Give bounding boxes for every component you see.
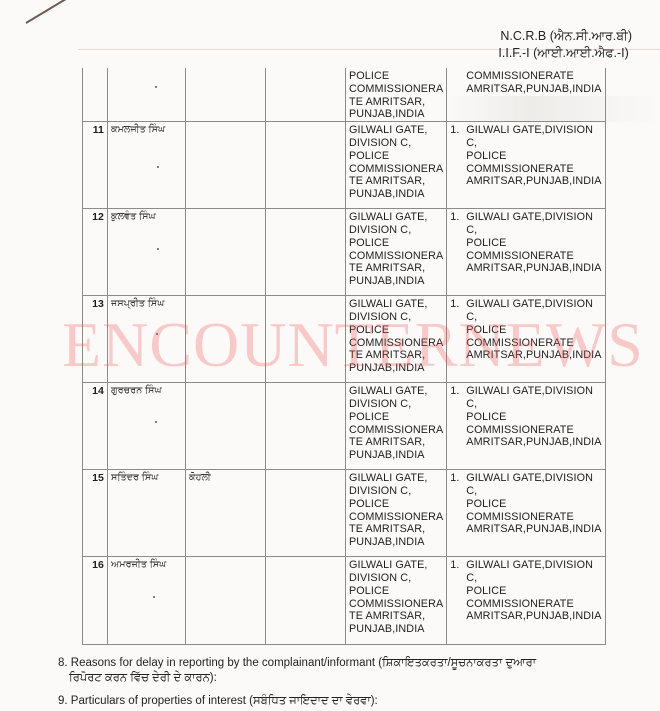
iif-label: I.I.F.-I (ਆਈ.ਆਈ.ਐਫ.-I) [498, 45, 632, 62]
address-line: PUNJAB,INDIA [349, 449, 443, 462]
address-line: POLICE [466, 585, 602, 598]
table-row: 11ਕਮਲਜੀਤ ਸਿੰਘGILWALI GATE,DIVISION C,POL… [83, 122, 606, 209]
address-line: POLICE [466, 324, 602, 337]
present-address-wrap: COMMISSIONERATEAMRITSAR,PUNJAB,INDIA [450, 70, 602, 96]
scan-speck [156, 333, 158, 335]
accused-alias [186, 296, 266, 383]
address-line: AMRITSAR,PUNJAB,INDIA [466, 262, 602, 275]
accused-alias [186, 383, 266, 470]
address-line: TE AMRITSAR, [349, 610, 443, 623]
address-line: PUNJAB,INDIA [349, 623, 443, 636]
address-line: POLICE [349, 150, 443, 163]
address-line: PUNJAB,INDIA [349, 275, 443, 288]
table-row: 14ਗੁਰਚਰਨ ਸਿੰਘGILWALI GATE,DIVISION C,POL… [83, 383, 606, 470]
pen-stroke-mark [25, 0, 88, 24]
present-address-number: 1. [450, 211, 466, 275]
address-line: TE AMRITSAR, [349, 96, 443, 109]
address-line: AMRITSAR,PUNJAB,INDIA [466, 523, 602, 536]
address-line: COMMISSIONERA [349, 163, 443, 176]
ncrb-label: N.C.R.B (ਐਨ.ਸੀ.ਆਰ.ਬੀ) [498, 28, 632, 45]
address-line: GILWALI GATE,DIVISION C, [466, 211, 602, 237]
address-line: COMMISSIONERATE [466, 424, 602, 437]
section-8-line2: ਰਿਪੋਰਟ ਕਰਨ ਵਿੱਚ ਦੇਰੀ ਦੇ ਕਾਰਨ): [58, 671, 536, 686]
address-line: POLICE [349, 411, 443, 424]
address-line: DIVISION C, [349, 398, 443, 411]
address-line: AMRITSAR,PUNJAB,INDIA [466, 610, 602, 623]
relative-name [266, 296, 346, 383]
address-line: AMRITSAR,PUNJAB,INDIA [466, 175, 602, 188]
permanent-address-cell: GILWALI GATE,DIVISION C,POLICECOMMISSION… [346, 557, 447, 645]
present-address-number: 1. [450, 124, 466, 188]
present-address-number: 1. [450, 298, 466, 362]
address-line: COMMISSIONERA [349, 424, 443, 437]
present-address-text: COMMISSIONERATEAMRITSAR,PUNJAB,INDIA [466, 70, 602, 96]
address-line: DIVISION C, [349, 311, 443, 324]
section-9-properties: 9. Particulars of properties of interest… [58, 694, 378, 709]
address-line: POLICE [349, 498, 443, 511]
permanent-address-cell: GILWALI GATE,DIVISION C,POLICECOMMISSION… [346, 383, 447, 470]
present-address-cell: 1.GILWALI GATE,DIVISION C,POLICECOMMISSI… [447, 383, 606, 470]
address-line: COMMISSIONERA [349, 598, 443, 611]
address-line: POLICE [466, 411, 602, 424]
serial-number: 15 [83, 470, 108, 557]
table-row: 13ਜਸਪ੍ਰੀਤ ਸਿੰਘGILWALI GATE,DIVISION C,PO… [83, 296, 606, 383]
permanent-address-cell: GILWALI GATE,DIVISION C,POLICECOMMISSION… [346, 470, 447, 557]
accused-name: ਗੁਰਚਰਨ ਸਿੰਘ [108, 383, 186, 470]
present-address-wrap: 1.GILWALI GATE,DIVISION C,POLICECOMMISSI… [450, 559, 602, 623]
present-address-number: 1. [450, 385, 466, 449]
section-8-line1: 8. Reasons for delay in reporting by the… [58, 656, 536, 671]
relative-name [266, 557, 346, 645]
present-address-text: GILWALI GATE,DIVISION C,POLICECOMMISSION… [466, 124, 602, 188]
present-address-text: GILWALI GATE,DIVISION C,POLICECOMMISSION… [466, 385, 602, 449]
present-address-cell: 1.GILWALI GATE,DIVISION C,POLICECOMMISSI… [447, 296, 606, 383]
scan-speck [157, 166, 159, 168]
present-address-text: GILWALI GATE,DIVISION C,POLICECOMMISSION… [466, 559, 602, 623]
address-line: GILWALI GATE,DIVISION C, [466, 298, 602, 324]
accused-name: ਕਮਲਜੀਤ ਸਿੰਘ [108, 122, 186, 209]
present-address-text: GILWALI GATE,DIVISION C,POLICECOMMISSION… [466, 211, 602, 275]
address-line: COMMISSIONERA [349, 511, 443, 524]
accused-name: ਕੁਲਵੰਤ ਸਿੰਘ [108, 209, 186, 296]
present-address-wrap: 1.GILWALI GATE,DIVISION C,POLICECOMMISSI… [450, 385, 602, 449]
present-address-wrap: 1.GILWALI GATE,DIVISION C,POLICECOMMISSI… [450, 472, 602, 536]
address-line: TE AMRITSAR, [349, 262, 443, 275]
relative-name [266, 122, 346, 209]
serial-number: 14 [83, 383, 108, 470]
present-address-number [450, 70, 466, 96]
address-line: COMMISSIONERATE [466, 598, 602, 611]
relative-name [266, 383, 346, 470]
address-line: AMRITSAR,PUNJAB,INDIA [466, 83, 602, 96]
address-line: GILWALI GATE,DIVISION C, [466, 385, 602, 411]
permanent-address-cell: GILWALI GATE,DIVISION C,POLICECOMMISSION… [346, 122, 447, 209]
serial-number: 13 [83, 296, 108, 383]
present-address-cell: 1.GILWALI GATE,DIVISION C,POLICECOMMISSI… [447, 470, 606, 557]
address-line: DIVISION C, [349, 224, 443, 237]
address-line: AMRITSAR,PUNJAB,INDIA [466, 349, 602, 362]
address-line: PUNJAB,INDIA [349, 362, 443, 375]
serial-number: 12 [83, 209, 108, 296]
table-row: 15ਸਤਿੰਦਰ ਸਿੰਘਕੋਹਲੀGILWALI GATE,DIVISION … [83, 470, 606, 557]
empty-cell [108, 68, 186, 122]
fir-document-page: N.C.R.B (ਐਨ.ਸੀ.ਆਰ.ਬੀ) I.I.F.-I (ਆਈ.ਆਈ.ਐਫ… [0, 0, 660, 711]
address-line: PUNJAB,INDIA [349, 108, 443, 121]
table-row: 16ਅਮਰਜੀਤ ਸਿੰਘGILWALI GATE,DIVISION C,POL… [83, 557, 606, 645]
present-address-cell: 1.GILWALI GATE,DIVISION C,POLICECOMMISSI… [447, 122, 606, 209]
serial-number: 16 [83, 557, 108, 645]
accused-alias [186, 209, 266, 296]
table-row: 12ਕੁਲਵੰਤ ਸਿੰਘGILWALI GATE,DIVISION C,POL… [83, 209, 606, 296]
address-line: GILWALI GATE, [349, 211, 443, 224]
permanent-address-cell: GILWALI GATE,DIVISION C,POLICECOMMISSION… [346, 296, 447, 383]
address-line: COMMISSIONERA [349, 250, 443, 263]
present-address-wrap: 1.GILWALI GATE,DIVISION C,POLICECOMMISSI… [450, 211, 602, 275]
address-line: COMMISSIONERA [349, 337, 443, 350]
document-header: N.C.R.B (ਐਨ.ਸੀ.ਆਰ.ਬੀ) I.I.F.-I (ਆਈ.ਆਈ.ਐਫ… [498, 28, 632, 62]
present-address-wrap: 1.GILWALI GATE,DIVISION C,POLICECOMMISSI… [450, 124, 602, 188]
relative-name [266, 209, 346, 296]
address-line: TE AMRITSAR, [349, 349, 443, 362]
address-line: DIVISION C, [349, 572, 443, 585]
address-line: TE AMRITSAR, [349, 175, 443, 188]
address-line: DIVISION C, [349, 485, 443, 498]
permanent-address-cell: POLICECOMMISSIONERATE AMRITSAR,PUNJAB,IN… [346, 68, 447, 122]
present-address-number: 1. [450, 472, 466, 536]
address-line: POLICE [349, 585, 443, 598]
address-line: GILWALI GATE, [349, 559, 443, 572]
present-address-text: GILWALI GATE,DIVISION C,POLICECOMMISSION… [466, 298, 602, 362]
present-address-cell: 1.GILWALI GATE,DIVISION C,POLICECOMMISSI… [447, 209, 606, 296]
address-line: COMMISSIONERATE [466, 250, 602, 263]
address-line: COMMISSIONERATE [466, 163, 602, 176]
empty-cell [83, 68, 108, 122]
address-line: GILWALI GATE,DIVISION C, [466, 124, 602, 150]
serial-number: 11 [83, 122, 108, 209]
address-line: GILWALI GATE,DIVISION C, [466, 559, 602, 585]
address-line: DIVISION C, [349, 137, 443, 150]
address-line: POLICE [349, 70, 443, 83]
address-line: COMMISSIONERATE [466, 511, 602, 524]
address-line: AMRITSAR,PUNJAB,INDIA [466, 436, 602, 449]
address-line: TE AMRITSAR, [349, 436, 443, 449]
address-line: COMMISSIONERA [349, 83, 443, 96]
accused-alias [186, 557, 266, 645]
address-line: GILWALI GATE,DIVISION C, [466, 472, 602, 498]
section-8-delay-reasons: 8. Reasons for delay in reporting by the… [58, 656, 536, 686]
address-line: PUNJAB,INDIA [349, 536, 443, 549]
scan-speck [157, 248, 159, 250]
address-line: COMMISSIONERATE [466, 337, 602, 350]
scan-speck [155, 421, 157, 423]
scan-speck [155, 86, 157, 88]
accused-name: ਅਮਰਜੀਤ ਸਿੰਘ [108, 557, 186, 645]
present-address-wrap: 1.GILWALI GATE,DIVISION C,POLICECOMMISSI… [450, 298, 602, 362]
address-line: POLICE [466, 498, 602, 511]
present-address-cell: 1.GILWALI GATE,DIVISION C,POLICECOMMISSI… [447, 557, 606, 645]
section-9-label: 9. Particulars of properties of interest… [58, 694, 378, 709]
accused-details-table: POLICECOMMISSIONERATE AMRITSAR,PUNJAB,IN… [82, 68, 606, 645]
address-line: POLICE [349, 324, 443, 337]
address-line: TE AMRITSAR, [349, 523, 443, 536]
scan-speck [153, 596, 155, 598]
table-row-continued: POLICECOMMISSIONERATE AMRITSAR,PUNJAB,IN… [83, 68, 606, 122]
address-line: GILWALI GATE, [349, 298, 443, 311]
address-line: GILWALI GATE, [349, 385, 443, 398]
accused-alias: ਕੋਹਲੀ [186, 470, 266, 557]
relative-name [266, 470, 346, 557]
address-line: POLICE [466, 150, 602, 163]
accused-alias [186, 122, 266, 209]
address-line: PUNJAB,INDIA [349, 188, 443, 201]
permanent-address-cell: GILWALI GATE,DIVISION C,POLICECOMMISSION… [346, 209, 447, 296]
empty-cell [186, 68, 266, 122]
address-line: POLICE [349, 237, 443, 250]
present-address-cell: COMMISSIONERATEAMRITSAR,PUNJAB,INDIA [447, 68, 606, 122]
present-address-number: 1. [450, 559, 466, 623]
address-line: COMMISSIONERATE [466, 70, 602, 83]
present-address-text: GILWALI GATE,DIVISION C,POLICECOMMISSION… [466, 472, 602, 536]
accused-name: ਸਤਿੰਦਰ ਸਿੰਘ [108, 470, 186, 557]
address-line: GILWALI GATE, [349, 124, 443, 137]
empty-cell [266, 68, 346, 122]
address-line: POLICE [466, 237, 602, 250]
accused-name: ਜਸਪ੍ਰੀਤ ਸਿੰਘ [108, 296, 186, 383]
address-line: GILWALI GATE, [349, 472, 443, 485]
